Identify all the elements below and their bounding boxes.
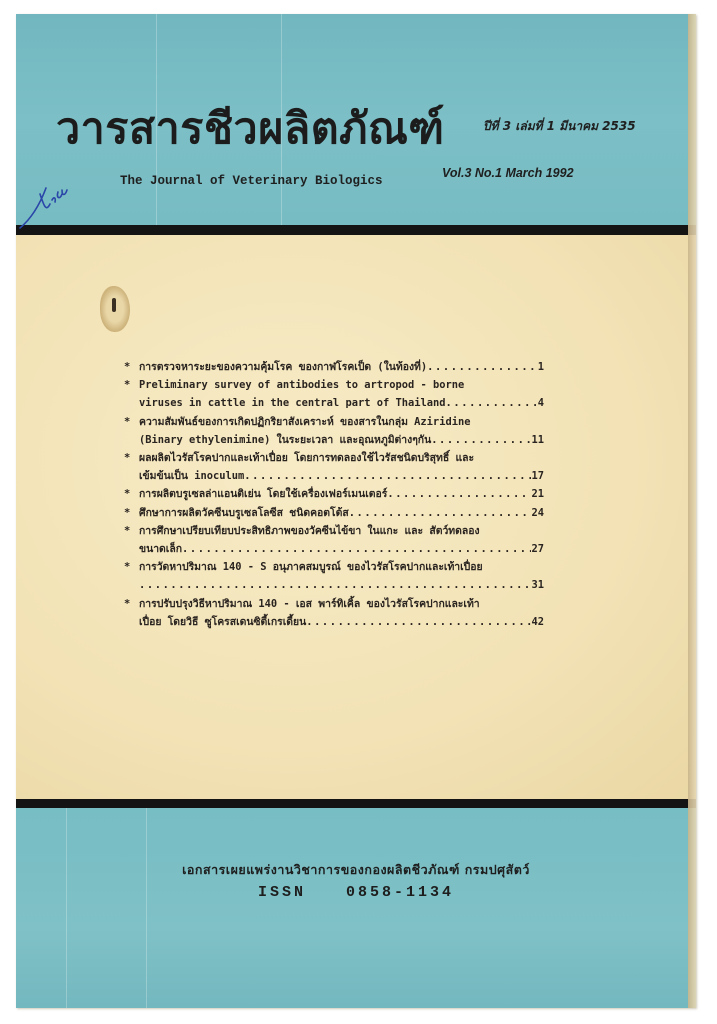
toc-title-text: การผลิตบรูเซลล่าแอนติเย่น โดยใช้เครื่องเ… xyxy=(139,485,387,503)
leader-dots xyxy=(306,613,531,631)
leader-dots xyxy=(139,576,531,594)
leader-dots xyxy=(349,504,532,522)
bullet-asterisk: * xyxy=(124,558,130,576)
signature-icon xyxy=(18,182,78,230)
bullet-asterisk: * xyxy=(124,595,130,613)
journal-english-title: The Journal of Veterinary Biologics xyxy=(120,174,383,188)
leader-dots xyxy=(244,467,531,485)
toc-title-text: ผลผลิตไวรัสโรคปากและเท้าเปื่อย โดยการทดล… xyxy=(139,449,544,467)
page-number: 42 xyxy=(531,613,544,631)
toc-title-text: การตรวจหาระยะของความคุ้มโรค ของกาฬโรคเป็… xyxy=(139,358,427,376)
toc-line: ผลผลิตไวรัสโรคปากและเท้าเปื่อย โดยการทดล… xyxy=(139,449,544,467)
toc-line: Preliminary survey of antibodies to artr… xyxy=(139,376,544,394)
page-number: 31 xyxy=(531,576,544,594)
publisher-line: เอกสารเผยแพร่งานวิชาการของกองผลิตชีวภัณฑ… xyxy=(16,860,696,880)
toc-entry: *การวัดหาปริมาณ 140 - S อนุภาคสมบูรณ์ ขอ… xyxy=(124,558,544,594)
page-number: 24 xyxy=(531,504,544,522)
toc-line: ศึกษาการผลิตวัคซีนบรูเซลโลซีส ชนิดคอตโต้… xyxy=(139,504,544,522)
bullet-asterisk: * xyxy=(124,504,130,522)
toc-title-text: การวัดหาปริมาณ 140 - S อนุภาคสมบูรณ์ ของ… xyxy=(139,558,544,576)
toc-line: การตรวจหาระยะของความคุ้มโรค ของกาฬโรคเป็… xyxy=(139,358,544,376)
toc-line: การผลิตบรูเซลล่าแอนติเย่น โดยใช้เครื่องเ… xyxy=(139,485,544,503)
toc-line: เปื่อย โดยวิธี ซูโครสเดนซิตี้เกรเดี้ยน42 xyxy=(139,613,544,631)
bullet-asterisk: * xyxy=(124,358,130,376)
issn-number: 0858-1134 xyxy=(346,884,454,901)
volume-issue: Vol.3 No.1 March 1992 xyxy=(442,166,574,180)
bullet-asterisk: * xyxy=(124,522,130,540)
toc-title-text: ขนาดเล็ก xyxy=(139,540,182,558)
journal-thai-title: วารสารชีวผลิตภัณฑ์ xyxy=(56,94,445,162)
page-number: 27 xyxy=(531,540,544,558)
leader-dots xyxy=(427,358,538,376)
issn-label: ISSN xyxy=(258,884,306,901)
toc-line: ขนาดเล็ก27 xyxy=(139,540,544,558)
page-number: 4 xyxy=(538,394,544,412)
toc-line: การปรับปรุงวิธีหาปริมาณ 140 - เอส พาร์ทิ… xyxy=(139,595,544,613)
page-number: 17 xyxy=(531,467,544,485)
issue-info-thai: ปีที่ 3 เล่มที่ 1 มีนาคม 2535 xyxy=(483,117,636,136)
toc-entry: *ศึกษาการผลิตวัคซีนบรูเซลโลซีส ชนิดคอตโต… xyxy=(124,504,544,522)
bullet-asterisk: * xyxy=(124,449,130,467)
bullet-asterisk: * xyxy=(124,376,130,394)
toc-title-text: ศึกษาการผลิตวัคซีนบรูเซลโลซีส ชนิดคอตโต้… xyxy=(139,504,349,522)
leader-dots xyxy=(182,540,531,558)
toc-title-text: เปื่อย โดยวิธี ซูโครสเดนซิตี้เกรเดี้ยน xyxy=(139,613,306,631)
toc-line: 31 xyxy=(139,576,544,594)
crease-line xyxy=(146,808,147,1008)
leader-dots xyxy=(431,431,531,449)
toc-title-text: (Binary ethylenimine) ในระยะเวลา และอุณห… xyxy=(139,431,431,449)
toc-title-text: Preliminary survey of antibodies to artr… xyxy=(139,376,544,394)
table-of-contents: *การตรวจหาระยะของความคุ้มโรค ของกาฬโรคเป… xyxy=(124,358,544,631)
toc-title-text: การศึกษาเปรียบเทียบประสิทธิภาพของวัคซีนไ… xyxy=(139,522,544,540)
toc-title-text: การปรับปรุงวิธีหาปริมาณ 140 - เอส พาร์ทิ… xyxy=(139,595,544,613)
journal-cover: วารสารชีวผลิตภัณฑ์ ปีที่ 3 เล่มที่ 1 มีน… xyxy=(16,14,696,1008)
toc-line: การศึกษาเปรียบเทียบประสิทธิภาพของวัคซีนไ… xyxy=(139,522,544,540)
toc-entry: *การศึกษาเปรียบเทียบประสิทธิภาพของวัคซีน… xyxy=(124,522,544,558)
toc-entry: *ความสัมพันธ์ของการเกิดปฏิกริยาสังเคราะห… xyxy=(124,413,544,449)
toc-title-text: viruses in cattle in the central part of… xyxy=(139,394,446,412)
toc-line: viruses in cattle in the central part of… xyxy=(139,394,544,412)
page-number: 11 xyxy=(531,431,544,449)
toc-entry: *Preliminary survey of antibodies to art… xyxy=(124,376,544,412)
crease-line xyxy=(66,808,67,1008)
bottom-blue-band xyxy=(16,808,696,1008)
issn-line: ISSN 0858-1134 xyxy=(16,884,696,901)
paper-stain xyxy=(100,286,130,332)
toc-entry: *ผลผลิตไวรัสโรคปากและเท้าเปื่อย โดยการทด… xyxy=(124,449,544,485)
top-divider-rule xyxy=(16,225,696,235)
leader-dots xyxy=(387,485,531,503)
toc-line: (Binary ethylenimine) ในระยะเวลา และอุณห… xyxy=(139,431,544,449)
toc-entry: *การตรวจหาระยะของความคุ้มโรค ของกาฬโรคเป… xyxy=(124,358,544,376)
toc-entry: *การปรับปรุงวิธีหาปริมาณ 140 - เอส พาร์ท… xyxy=(124,595,544,631)
page-number: 21 xyxy=(531,485,544,503)
toc-line: ความสัมพันธ์ของการเกิดปฏิกริยาสังเคราะห์… xyxy=(139,413,544,431)
toc-title-text: ความสัมพันธ์ของการเกิดปฏิกริยาสังเคราะห์… xyxy=(139,413,544,431)
spine-edge xyxy=(688,14,696,1008)
toc-line: การวัดหาปริมาณ 140 - S อนุภาคสมบูรณ์ ของ… xyxy=(139,558,544,576)
bullet-asterisk: * xyxy=(124,485,130,503)
toc-entry: *การผลิตบรูเซลล่าแอนติเย่น โดยใช้เครื่อง… xyxy=(124,485,544,503)
toc-title-text: เข้มข้นเป็น inoculum xyxy=(139,467,244,485)
leader-dots xyxy=(446,394,538,412)
bottom-divider-rule xyxy=(16,799,696,808)
toc-line: เข้มข้นเป็น inoculum17 xyxy=(139,467,544,485)
bullet-asterisk: * xyxy=(124,413,130,431)
page-number: 1 xyxy=(538,358,544,376)
